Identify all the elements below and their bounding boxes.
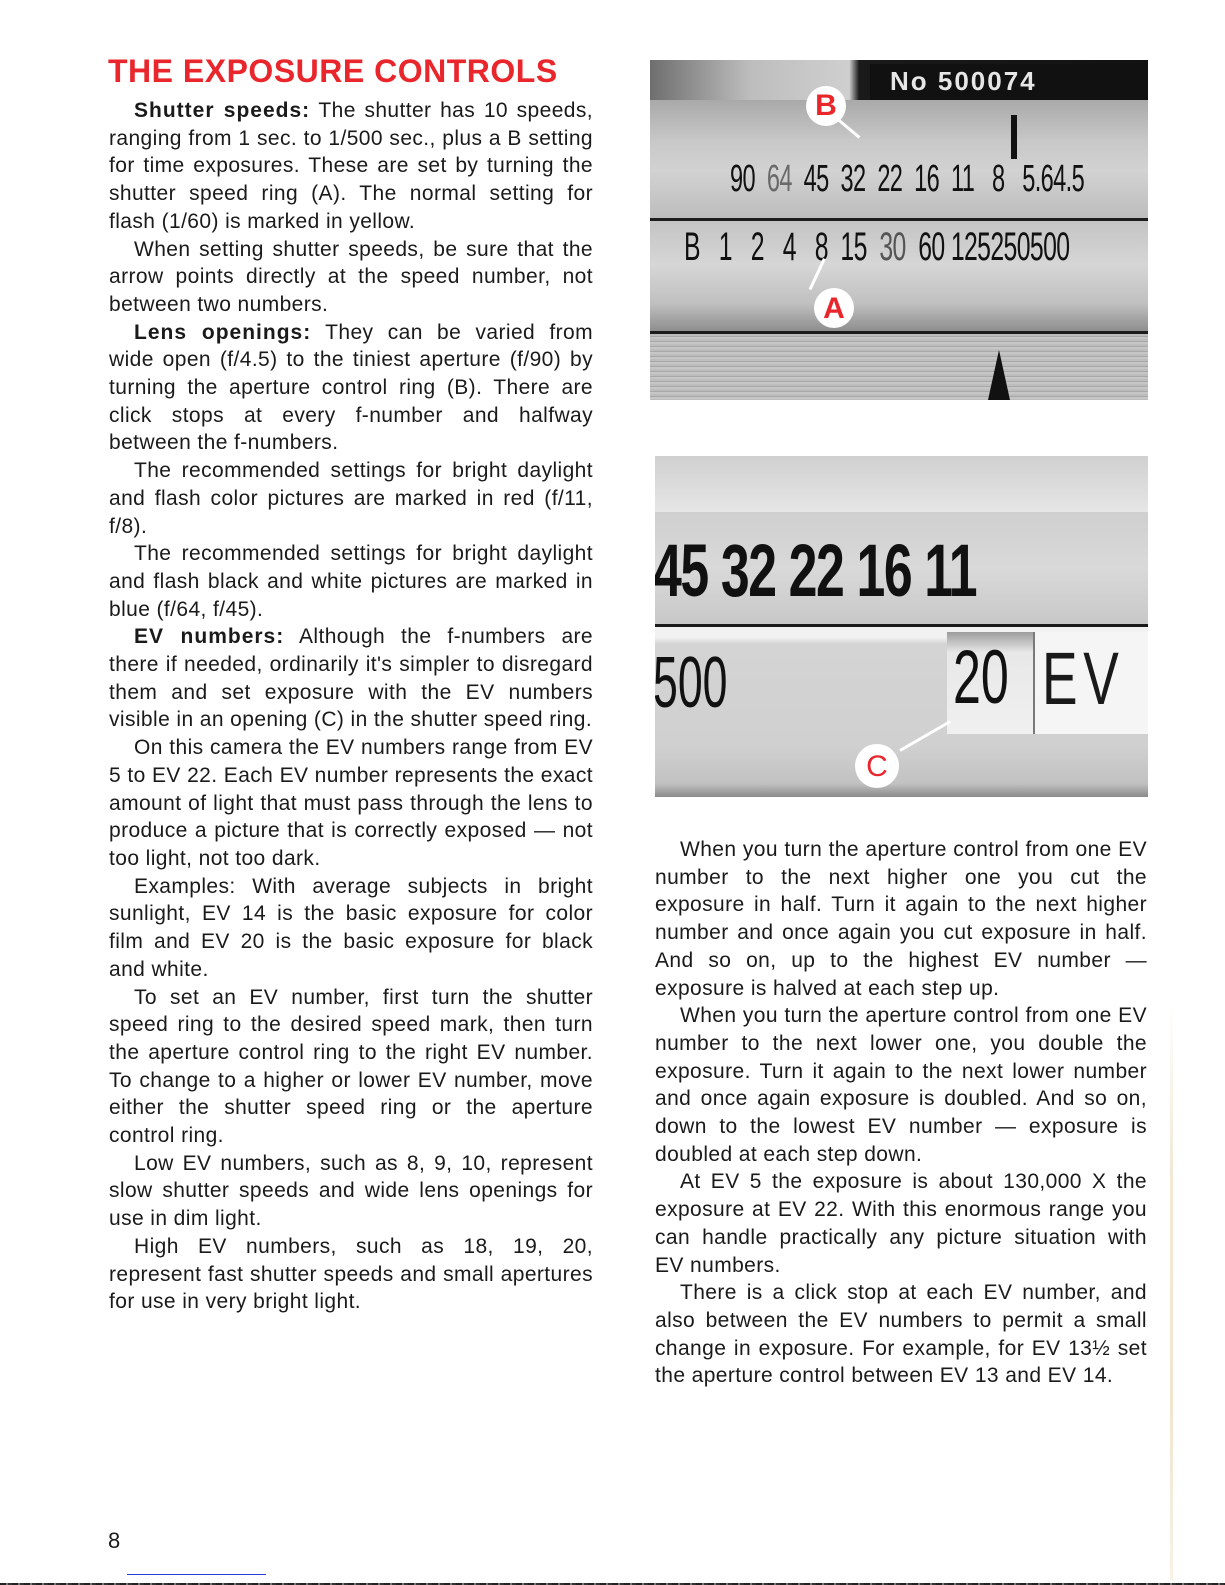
- f-number: 22: [789, 529, 844, 612]
- paragraph-text: At EV 5 the exposure is about 130,000 X …: [655, 1170, 1147, 1276]
- paragraph-text: When setting shutter speeds, be sure tha…: [109, 238, 593, 316]
- shutter-value: 1: [719, 225, 732, 269]
- f-number: 8: [992, 158, 1004, 200]
- paragraph: Examples: With average subjects in brigh…: [109, 873, 593, 984]
- scan-edge-shadow: [1170, 1000, 1173, 1580]
- f-number: 32: [721, 529, 776, 612]
- index-mark: [1011, 115, 1017, 159]
- shutter-value: B: [684, 225, 700, 269]
- paragraph: High EV numbers, such as 18, 19, 20, rep…: [109, 1233, 593, 1316]
- callout-b: B: [806, 86, 846, 126]
- paragraph-text: When you turn the aperture control from …: [655, 838, 1147, 1000]
- aperture-scale: 90 64 45 32 22 16 11 8 5.64.5: [730, 158, 1084, 201]
- pointer-arrow-icon: [988, 350, 1010, 400]
- right-column-text: When you turn the aperture control from …: [655, 836, 1147, 1390]
- paragraph-text: Low EV numbers, such as 8, 9, 10, repres…: [109, 1152, 593, 1230]
- shutter-value-closeup: 500: [655, 642, 727, 724]
- serial-number: No 500074: [890, 66, 1037, 97]
- lead-shutter-speeds: Shutter speeds:: [134, 99, 310, 122]
- paragraph: When you turn the aperture control from …: [655, 836, 1147, 1002]
- lead-ev-numbers: EV numbers:: [134, 625, 284, 648]
- shutter-value: 30: [879, 225, 905, 269]
- f-number: 11: [951, 158, 974, 200]
- paragraph: There is a click stop at each EV number,…: [655, 1279, 1147, 1390]
- f-number: 32: [840, 158, 865, 200]
- paragraph: Low EV numbers, such as 8, 9, 10, repres…: [109, 1150, 593, 1233]
- paragraph-text: When you turn the aperture control from …: [655, 1004, 1147, 1166]
- paragraph-shutter-speeds: Shutter speeds: The shutter has 10 speed…: [109, 97, 593, 236]
- shutter-value: 60: [918, 225, 944, 269]
- paragraph-text: On this camera the EV numbers range from…: [109, 736, 593, 870]
- callout-c: C: [855, 744, 899, 788]
- f-number: 16: [914, 158, 939, 200]
- f-number: 4.5: [1053, 158, 1084, 200]
- shutter-value: 15: [840, 225, 866, 269]
- paragraph-text: To set an EV number, first turn the shut…: [109, 986, 593, 1148]
- paragraph: When setting shutter speeds, be sure tha…: [109, 236, 593, 319]
- f-number: 11: [924, 529, 976, 612]
- paragraph-text: The recommended settings for bright dayl…: [109, 459, 593, 537]
- paragraph-text: The recommended settings for bright dayl…: [109, 542, 593, 620]
- f-number: 90: [730, 158, 755, 200]
- shutter-value: 2: [751, 225, 764, 269]
- f-number: 45: [655, 529, 708, 612]
- paragraph: On this camera the EV numbers range from…: [109, 734, 593, 873]
- paragraph: When you turn the aperture control from …: [655, 1002, 1147, 1168]
- paragraph: To set an EV number, first turn the shut…: [109, 984, 593, 1150]
- ev-window-photo: 45 32 22 16 11 500 20 EV C: [655, 456, 1148, 797]
- paragraph: At EV 5 the exposure is about 130,000 X …: [655, 1168, 1147, 1279]
- callout-a: A: [814, 288, 854, 328]
- f-number: 22: [877, 158, 902, 200]
- ev-value: 20: [953, 634, 1009, 721]
- page-title: THE EXPOSURE CONTROLS: [108, 52, 558, 90]
- f-number: 45: [804, 158, 829, 200]
- left-column-text: Shutter speeds: The shutter has 10 speed…: [109, 97, 593, 1316]
- f-number: 16: [856, 529, 911, 612]
- paragraph-lens-openings: Lens openings: They can be varied from w…: [109, 319, 593, 458]
- f-number: 5.6: [1022, 158, 1053, 200]
- ev-label: EV: [1042, 636, 1125, 721]
- aperture-scale-closeup: 45 32 22 16 11: [655, 528, 976, 613]
- shutter-value: 125: [951, 225, 991, 269]
- lens-barrel-top: [655, 456, 1148, 512]
- paragraph-text: There is a click stop at each EV number,…: [655, 1281, 1147, 1387]
- shutter-value: 250: [990, 225, 1030, 269]
- paragraph-ev-numbers: EV numbers: Although the f-numbers are t…: [109, 623, 593, 734]
- page-number: 8: [108, 1528, 120, 1554]
- paragraph: The recommended settings for bright dayl…: [109, 540, 593, 623]
- shutter-value: 500: [1030, 225, 1070, 269]
- shutter-scale: B 1 2 4 8 15 30 60 125250500: [684, 225, 1069, 270]
- paragraph: The recommended settings for bright dayl…: [109, 457, 593, 540]
- f-number: 64: [767, 158, 792, 200]
- lens-rings-photo: No 500074 90 64 45 32 22 16 11 8 5.64.5 …: [650, 60, 1148, 400]
- scan-blue-mark: [127, 1574, 266, 1575]
- camera-body-plate: [650, 334, 1148, 400]
- lead-lens-openings: Lens openings:: [134, 321, 311, 344]
- paragraph-text: High EV numbers, such as 18, 19, 20, rep…: [109, 1235, 593, 1313]
- paragraph-text: Examples: With average subjects in brigh…: [109, 875, 593, 981]
- shutter-value: 4: [783, 225, 796, 269]
